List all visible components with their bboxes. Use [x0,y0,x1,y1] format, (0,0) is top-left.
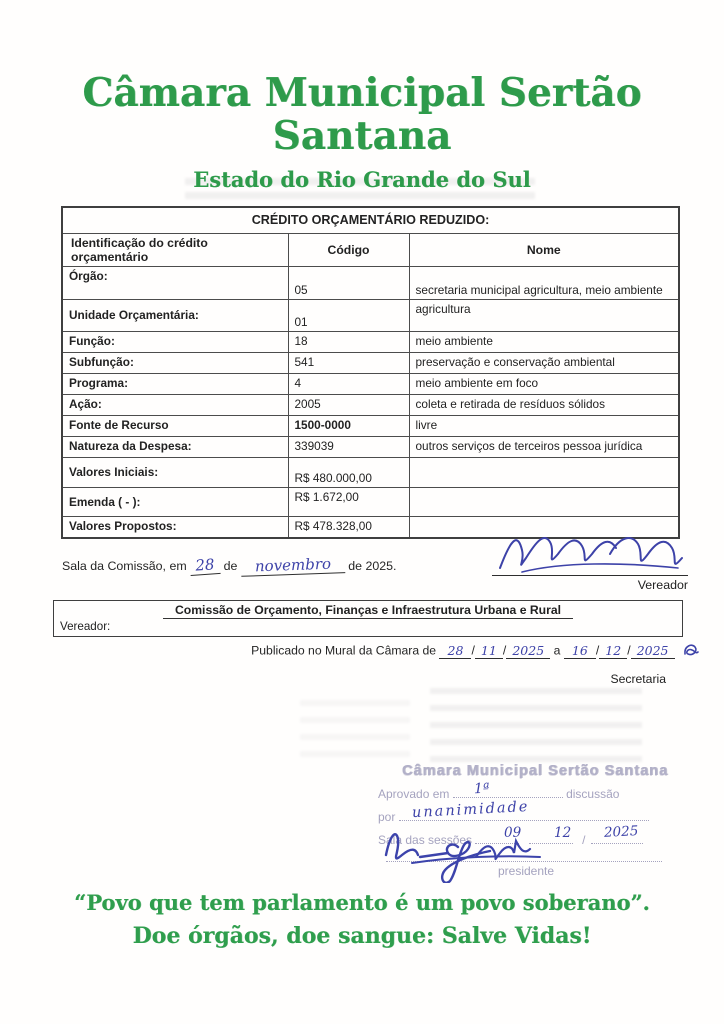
publication-connector: a [554,644,561,658]
signature-line [492,575,688,576]
handwritten-from-month: 11 [475,643,503,659]
councilman-role-label: Vereador [0,578,688,592]
document-title: Câmara Municipal Sertão Santana [0,72,724,158]
row-label: Natureza da Despesa: [62,436,288,457]
row-code: 339039 [288,436,409,457]
document-subtitle: Estado do Rio Grande do Sul [0,167,724,192]
row-name: coleta e retirada de resíduos sólidos [409,394,679,415]
row-name: livre [409,415,679,436]
footer-slogan-1: “Povo que tem parlamento é um povo sober… [0,890,724,915]
row-name: preservação e conservação ambiental [409,352,679,373]
row-name: agricultura [409,299,679,331]
row-name: meio ambiente [409,331,679,352]
row-name: secretaria municipal agricultura, meio a… [409,266,679,299]
publication-prefix: Publicado no Mural da Câmara de [251,644,436,658]
table-row: Programa: 4 meio ambiente em foco [62,373,679,394]
budget-credit-table: CRÉDITO ORÇAMENTÁRIO REDUZIDO: Identific… [61,206,680,539]
stamp-title: Câmara Municipal Sertão Santana [378,763,692,779]
row-label: Valores Propostos: [62,516,288,538]
row-code: 05 [288,266,409,299]
row-label: Ação: [62,394,288,415]
rubric-initials [682,642,700,661]
president-signature [372,821,572,883]
row-label: Subfunção: [62,352,288,373]
letterhead: Câmara Municipal Sertão Santana Estado d… [0,72,724,192]
councilman-signature [492,528,690,576]
bleed-through-text [430,688,642,772]
stamp-approved-row: Aprovado em 1ª discussão [378,785,692,802]
commission-date-prefix: Sala da Comissão, em [62,559,187,573]
commission-date-line: Sala da Comissão, em 28 de novembro de 2… [62,556,397,575]
slash: / [582,833,585,847]
table-row: Órgão: 05 secretaria municipal agricultu… [62,266,679,299]
row-code: 4 [288,373,409,394]
row-label: Programa: [62,373,288,394]
table-row: Subfunção: 541 preservação e conservação… [62,352,679,373]
commission-box-title: Comissão de Orçamento, Finanças e Infrae… [54,601,682,619]
approval-stamp: Câmara Municipal Sertão Santana Aprovado… [378,763,692,885]
row-value: R$ 480.000,00 [288,457,409,487]
column-header-identificacao: Identificação do crédito orçamentário [62,233,288,266]
table-row: Fonte de Recurso 1500-0000 livre [62,415,679,436]
row-label: Função: [62,331,288,352]
bleed-through-text [300,700,410,760]
row-name: outros serviços de terceiros pessoa jurí… [409,436,679,457]
table-row: Natureza da Despesa: 339039 outros servi… [62,436,679,457]
row-label: Unidade Orçamentária: [62,299,288,331]
row-value: R$ 478.328,00 [288,516,409,538]
row-label: Emenda ( - ): [62,487,288,516]
table-row: Valores Iniciais: R$ 480.000,00 [62,457,679,487]
commission-date-de: de [224,559,238,573]
row-code: 2005 [288,394,409,415]
column-header-nome: Nome [409,233,679,266]
table-row: Emenda ( - ): R$ 1.672,00 [62,487,679,516]
handwritten-discussion-number: 1ª [474,781,490,798]
footer-slogan-2: Doe órgãos, doe sangue: Salve Vidas! [0,923,724,949]
table-row: Unidade Orçamentária: 01 agricultura [62,299,679,331]
commission-member-label: Vereador: [54,619,682,636]
scanned-document-page: Câmara Municipal Sertão Santana Estado d… [0,0,724,1024]
stamp-discussion-label: discussão [566,787,619,801]
footer-slogans: “Povo que tem parlamento é um povo sober… [0,890,724,949]
secretary-label: Secretaria [0,672,666,686]
row-name [409,457,679,487]
table-row: Ação: 2005 coleta e retirada de resíduos… [62,394,679,415]
handwritten-day: 28 [189,555,220,576]
handwritten-from-year: 2025 [506,643,550,659]
table-title-row: CRÉDITO ORÇAMENTÁRIO REDUZIDO: [62,207,679,233]
row-code: 18 [288,331,409,352]
row-label: Valores Iniciais: [62,457,288,487]
row-label: Fonte de Recurso [62,415,288,436]
row-code: 1500-0000 [288,415,409,436]
row-name: meio ambiente em foco [409,373,679,394]
table-title: CRÉDITO ORÇAMENTÁRIO REDUZIDO: [62,207,679,233]
commission-box: Comissão de Orçamento, Finanças e Infrae… [53,600,683,637]
row-value: R$ 1.672,00 [288,487,409,516]
handwritten-to-year: 2025 [631,643,675,659]
table-row: Função: 18 meio ambiente [62,331,679,352]
column-header-codigo: Código [288,233,409,266]
handwritten-from-day: 28 [439,643,471,659]
stamp-approved-label: Aprovado em [378,787,449,801]
row-code: 01 [288,299,409,331]
row-label: Órgão: [62,266,288,299]
handwritten-month: novembro [241,554,346,577]
row-name [409,487,679,516]
commission-date-suffix: de 2025. [348,559,396,573]
publication-line: Publicado no Mural da Câmara de 28/11/20… [0,642,700,661]
row-code: 541 [288,352,409,373]
handwritten-session-year: 2025 [604,823,639,841]
handwritten-to-month: 12 [599,643,627,659]
handwritten-to-day: 16 [564,643,596,659]
table-header-row: Identificação do crédito orçamentário Có… [62,233,679,266]
